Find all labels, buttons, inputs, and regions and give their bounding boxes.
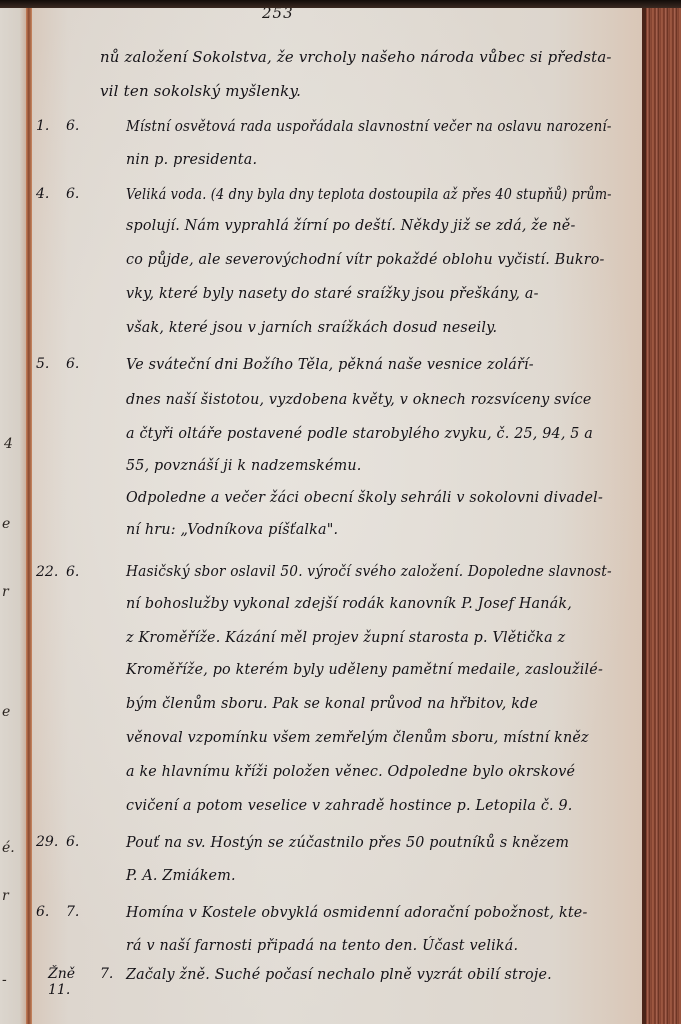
entry-line: Místní osvětová rada uspořádala slavnost… [126,117,582,135]
entry-line: Ve sváteční dni Božího Těla, pěkná naše … [126,355,612,373]
entry-line: cvičení a potom veselice v zahradě hosti… [126,796,612,814]
entry-line: co půjde, ale severovýchodní vítr pokažd… [126,250,612,268]
entry-line: z Kroměříže. Kázání měl projev župní sta… [126,628,612,646]
entry-line: Začaly žně. Suché počasí nechalo plně vy… [126,965,612,983]
entry-day: Žně 11. [48,966,88,998]
top-shadow [0,0,681,8]
entry-line: rá v naší farnosti připadá na tento den.… [126,936,612,954]
entry-line: dnes naší šistotou, vyzdobena květy, v o… [126,390,612,408]
entry-month: 6. [66,356,79,372]
continuation-line: nů založení Sokolstva, že vrcholy našeho… [100,48,606,66]
entry-line: však, které jsou v jarních sraížkách dos… [126,318,612,336]
entry-line: spolují. Nám vyprahlá žírní po deští. Ně… [126,216,612,234]
continuation-line: vil ten sokolský myšlenky. [100,82,610,100]
entry-line: 55, povznáší ji k nadzemskému. [126,456,612,474]
entry-line: Pouť na sv. Hostýn se zúčastnilo přes 50… [126,833,612,851]
entry-line: a ke hlavnímu kříži položen věnec. Odpol… [126,762,612,780]
entry-line: vky, které byly nasety do staré sraížky … [126,284,612,302]
chronicle-photo: 4 e r e é. r - 253 nů založení Sokolstva… [0,0,681,1024]
entry-line: ní hru: „Vodníkova píšťalka". [126,520,612,538]
chronicle-entries: nů založení Sokolstva, že vrcholy našeho… [0,0,681,1024]
entry-month: 7. [100,966,113,982]
entry-line: nin p. presidenta. [126,150,612,168]
entry-line: Kroměříže, po kterém byly uděleny pamětn… [126,660,612,678]
entry-line: Homína v Kostele obvyklá osmidenní adora… [126,903,612,921]
entry-line: P. A. Zmiákem. [126,866,612,884]
entry-line: Hasičský sbor oslavil 50. výročí svého z… [126,562,592,580]
entry-month: 6. [66,118,79,134]
entry-line: ní bohoslužby vykonal zdejší rodák kanov… [126,594,612,612]
entry-line: Odpoledne a večer žáci obecní školy sehr… [126,488,612,506]
entry-month: 6. [66,834,79,850]
entry-month: 6. [66,564,79,580]
entry-line: Veliká voda. (4 dny byla dny teplota dos… [126,185,563,203]
entry-month: 6. [66,186,79,202]
entry-line: věnoval vzpomínku všem zemřelým členům s… [126,728,612,746]
entry-line: bým členům sboru. Pak se konal průvod na… [126,694,612,712]
entry-month: 7. [66,904,79,920]
entry-line: a čtyři oltáře postavené podle starobylé… [126,424,612,442]
